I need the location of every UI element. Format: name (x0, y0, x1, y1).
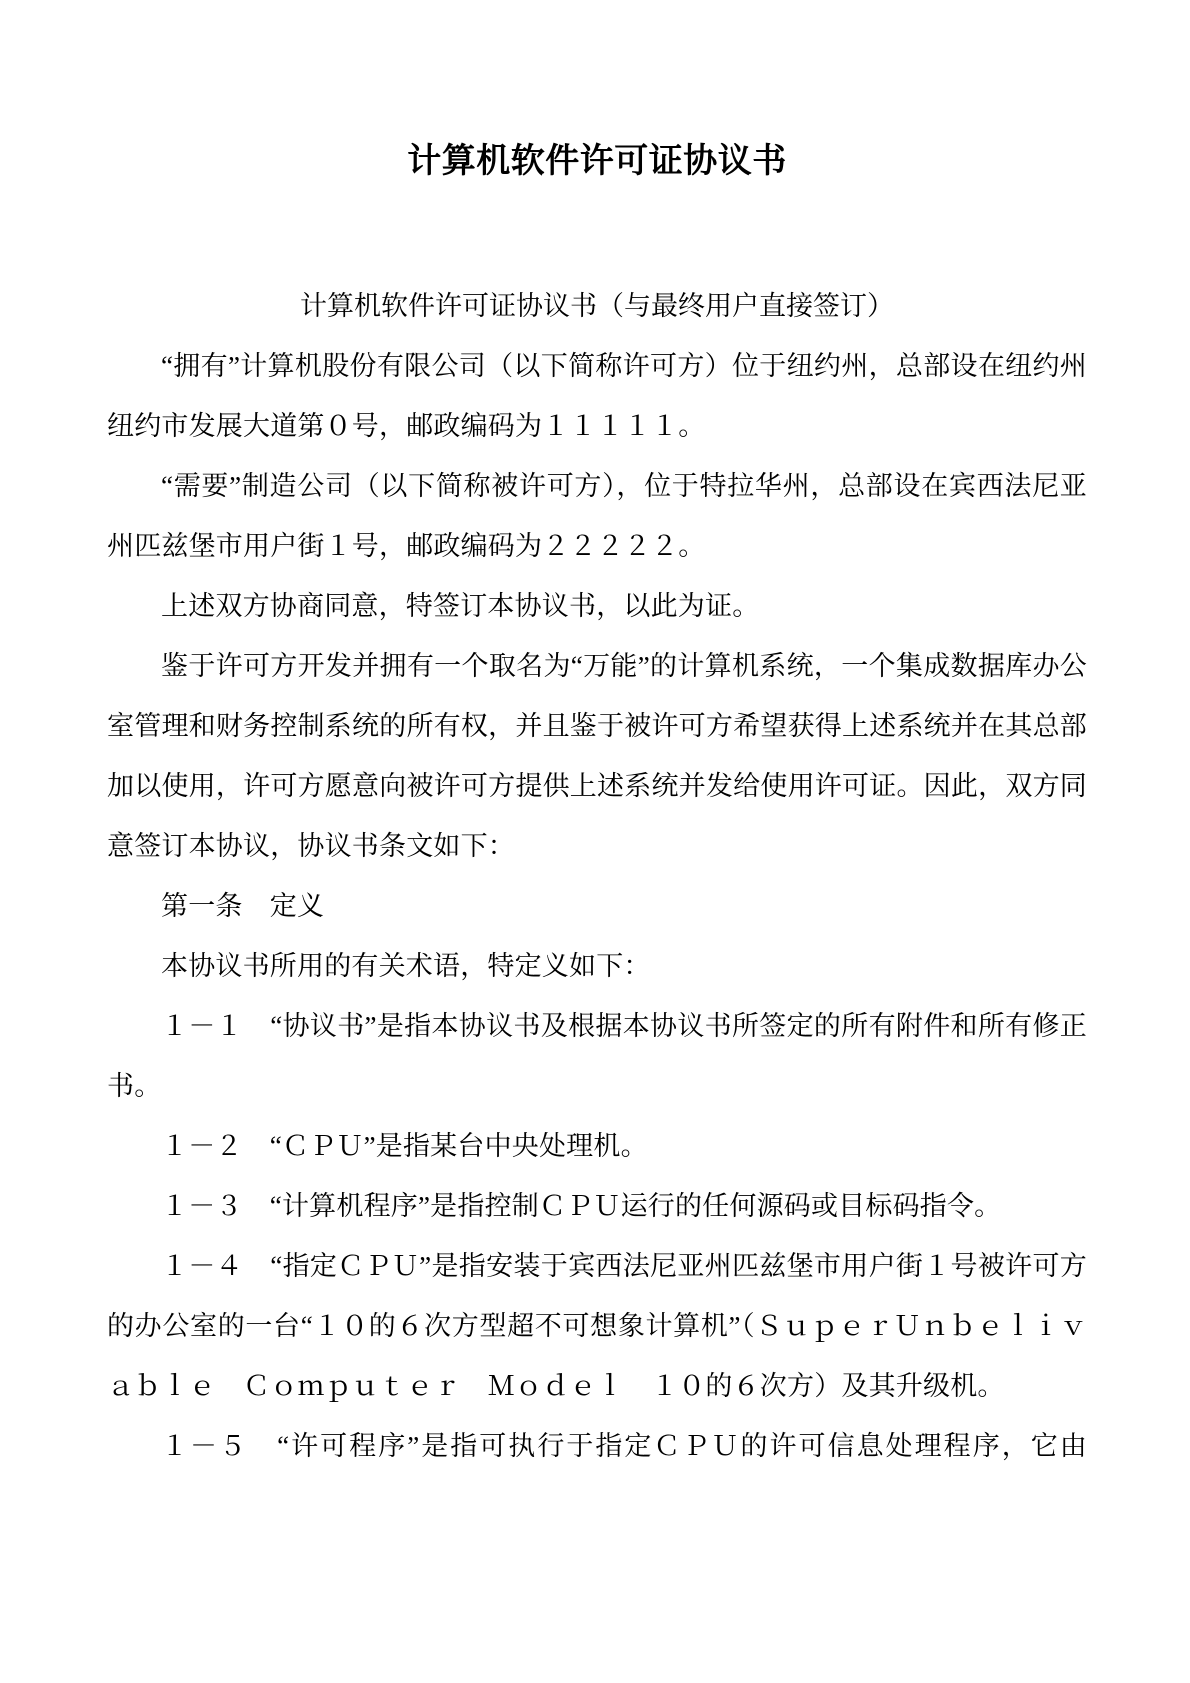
paragraph-whereas: 鉴于许可方开发并拥有一个取名为“万能”的计算机系统，一个集成数据库办公室管理和财… (107, 636, 1087, 876)
paragraph-terms-intro: 本协议书所用的有关术语，特定义如下： (107, 936, 1087, 996)
clause-1-3: １－３ “计算机程序”是指控制ＣＰＵ运行的任何源码或目标码指令。 (107, 1176, 1087, 1236)
paragraph-licensor: “拥有”计算机股份有限公司（以下简称许可方）位于纽约州，总部设在纽约州纽约市发展… (107, 336, 1087, 456)
paragraph-agreement-statement: 上述双方协商同意，特签订本协议书，以此为证。 (107, 576, 1087, 636)
clause-1-4: １－４ “指定ＣＰＵ”是指安装于宾西法尼亚州匹兹堡市用户街１号被许可方的办公室的… (107, 1236, 1087, 1416)
clause-1-2: １－２ “ＣＰＵ”是指某台中央处理机。 (107, 1116, 1087, 1176)
article-1-heading: 第一条 定义 (107, 876, 1087, 936)
document-title: 计算机软件许可证协议书 (107, 0, 1087, 181)
clause-1-5: １－５ “许可程序”是指可执行于指定ＣＰＵ的许可信息处理程序，它由 (107, 1416, 1087, 1476)
document-body: “拥有”计算机股份有限公司（以下简称许可方）位于纽约州，总部设在纽约州纽约市发展… (107, 336, 1087, 1476)
paragraph-licensee: “需要”制造公司（以下简称被许可方），位于特拉华州，总部设在宾西法尼亚州匹兹堡市… (107, 456, 1087, 576)
clause-1-1: １－１ “协议书”是指本协议书及根据本协议书所签定的所有附件和所有修正书。 (107, 996, 1087, 1116)
document-subtitle: 计算机软件许可证协议书（与最终用户直接签订） (107, 276, 1087, 336)
document-page: 计算机软件许可证协议书 计算机软件许可证协议书（与最终用户直接签订） “拥有”计… (0, 0, 1190, 1683)
